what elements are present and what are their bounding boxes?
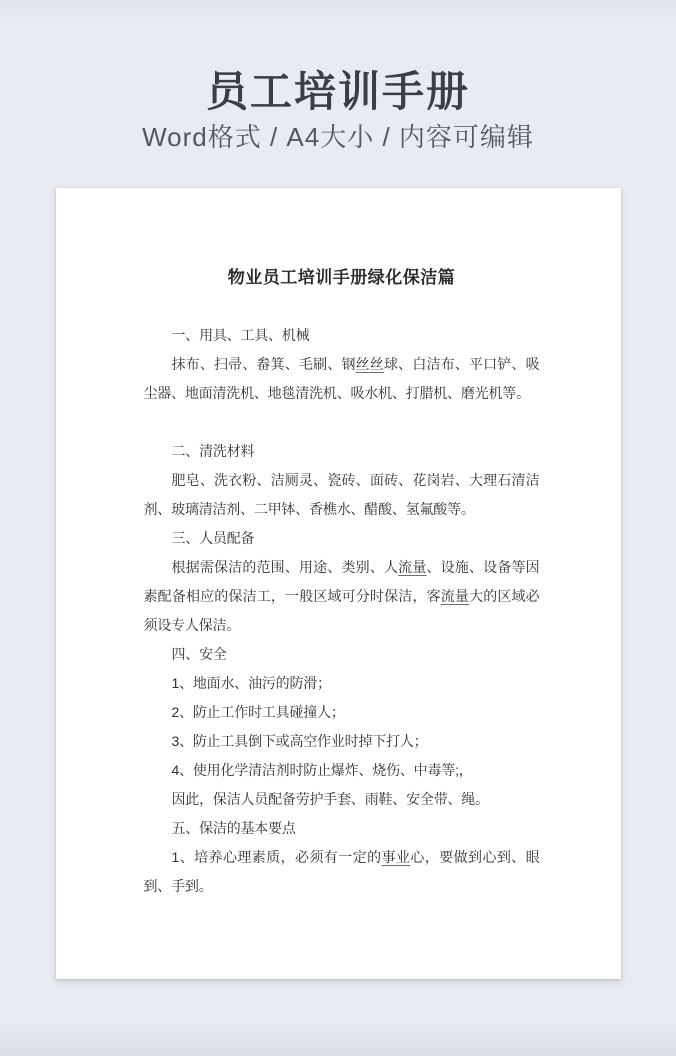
document-page-preview: 物业员工培训手册绿化保洁篇 一、用具、工具、机械抹布、扫帚、畚箕、毛刷、钢丝丝球… (56, 188, 621, 979)
body-paragraph: 4、使用化学清洁剂时防止爆炸、烧伤、中毒等;， (144, 756, 540, 785)
text-segment: 二、清洗材料 (172, 443, 255, 459)
section-heading: 五、保洁的基本要点 (144, 814, 540, 843)
body-paragraph: 1、培养心理素质，必须有一定的事业心，要做到心到、眼到、手到。 (144, 843, 540, 901)
section-heading: 一、用具、工具、机械 (144, 321, 540, 350)
text-segment: 四、安全 (172, 646, 227, 662)
text-segment: 1、培养心理素质，必须有一定的 (172, 849, 382, 865)
text-segment: 三、人员配备 (172, 530, 255, 546)
section-heading: 二、清洗材料 (144, 437, 540, 466)
section-heading: 四、安全 (144, 640, 540, 669)
proofing-underline-mark: 事业 (382, 849, 411, 865)
text-segment: 根据需保洁的范围、用途、类别、人 (172, 559, 399, 575)
body-paragraph: 2、防止工作时工具碰撞人； (144, 698, 540, 727)
body-paragraph: 抹布、扫帚、畚箕、毛刷、钢丝丝球、白洁布、平口铲、吸尘器、地面清洗机、地毯清洗机… (144, 350, 540, 408)
proofing-underline-mark: 流量 (441, 588, 469, 604)
body-paragraph: 3、防止工具倒下或高空作业时掉下打人； (144, 727, 540, 756)
body-paragraph: 1、地面水、油污的防滑； (144, 669, 540, 698)
text-segment: 抹布、扫帚、畚箕、毛刷、钢 (172, 356, 356, 372)
text-segment: 因此，保洁人员配备劳护手套、雨鞋、安全带、绳。 (172, 791, 489, 807)
proofing-underline-mark: 流量 (398, 559, 426, 575)
text-segment: 3、防止工具倒下或高空作业时掉下打人； (172, 733, 428, 749)
text-segment: 肥皂、洗衣粉、洁厕灵、瓷砖、面砖、花岗岩、大理石清洁剂、玻璃清洁剂、二甲钵、香樵… (144, 472, 540, 517)
text-segment: 1、地面水、油污的防滑； (172, 675, 331, 691)
body-paragraph: 因此，保洁人员配备劳护手套、雨鞋、安全带、绳。 (144, 785, 540, 814)
document-title: 物业员工培训手册绿化保洁篇 (144, 263, 540, 292)
document-content: 物业员工培训手册绿化保洁篇 一、用具、工具、机械抹布、扫帚、畚箕、毛刷、钢丝丝球… (56, 188, 621, 901)
body-paragraph: 根据需保洁的范围、用途、类别、人流量、设施、设备等因素配备相应的保洁工，一般区域… (144, 553, 540, 640)
text-segment: 2、防止工作时工具碰撞人； (172, 704, 345, 720)
text-segment: 一、用具、工具、机械 (172, 327, 310, 343)
section-heading: 三、人员配备 (144, 524, 540, 553)
hero-title: 员工培训手册 (0, 0, 676, 116)
body-paragraph: 肥皂、洗衣粉、洁厕灵、瓷砖、面砖、花岗岩、大理石清洁剂、玻璃清洁剂、二甲钵、香樵… (144, 466, 540, 524)
text-segment: 五、保洁的基本要点 (172, 820, 296, 836)
hero-banner: 员工培训手册 Word格式 / A4大小 / 内容可编辑 (0, 0, 676, 152)
hero-subtitle: Word格式 / A4大小 / 内容可编辑 (0, 122, 676, 152)
text-segment: 4、使用化学清洁剂时防止爆炸、烧伤、中毒等;， (172, 762, 473, 778)
proofing-underline-mark: 丝丝 (356, 356, 384, 372)
doc-paragraphs: 一、用具、工具、机械抹布、扫帚、畚箕、毛刷、钢丝丝球、白洁布、平口铲、吸尘器、地… (144, 321, 540, 901)
